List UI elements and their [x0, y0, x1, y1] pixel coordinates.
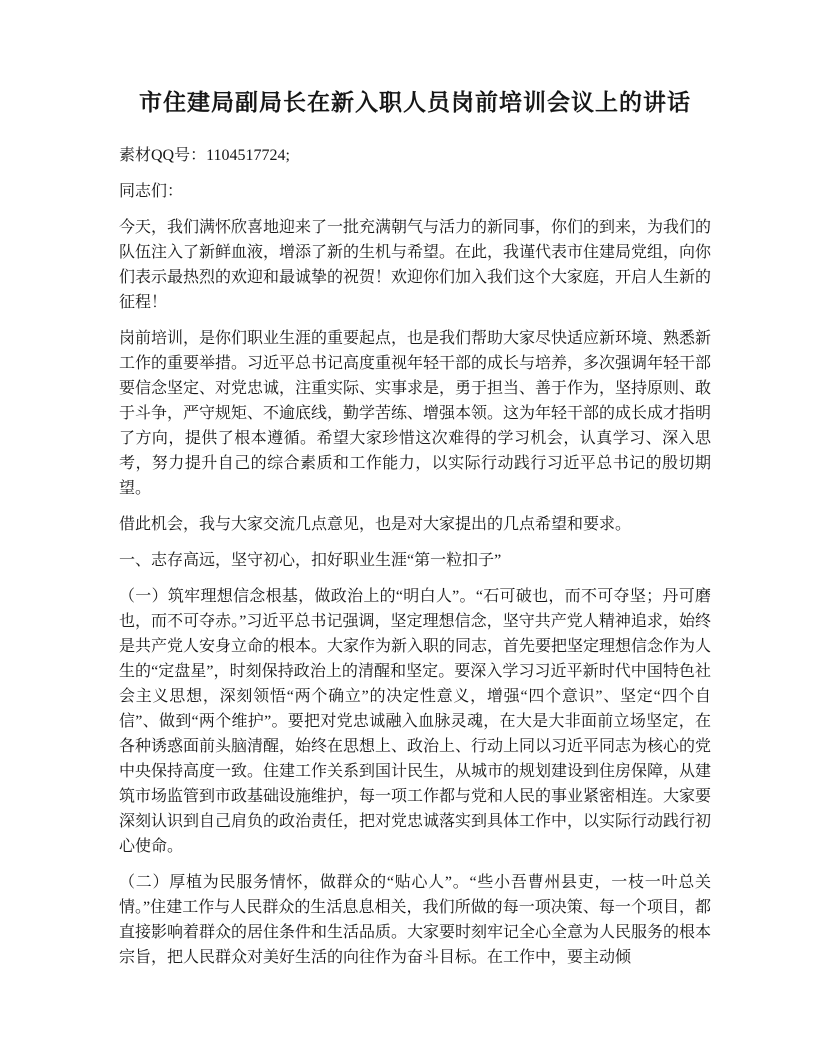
source-qq-line: 素材QQ号：1104517724; — [119, 143, 711, 168]
paragraph-opinions-intro: 借此机会，我与大家交流几点意见，也是对大家提出的几点希望和要求。 — [119, 512, 711, 537]
section-heading-1: 一、志存高远，坚守初心，扣好职业生涯“第一粒扣子” — [119, 548, 711, 573]
paragraph-training-importance: 岗前培训，是你们职业生涯的重要起点，也是我们帮助大家尽快适应新环境、熟悉新工作的… — [119, 326, 711, 501]
document-page: 市住建局副局长在新入职人员岗前培训会议上的讲话 素材QQ号：1104517724… — [0, 0, 816, 1056]
paragraph-welcome: 今天，我们满怀欣喜地迎来了一批充满朝气与活力的新同事，你们的到来，为我们的队伍注… — [119, 215, 711, 315]
paragraph-ideals-beliefs: （一）筑牢理想信念根基，做政治上的“明白人”。“石可破也，而不可夺坚；丹可磨也，… — [119, 584, 711, 859]
paragraph-serve-people: （二）厚植为民服务情怀，做群众的“贴心人”。“些小吾曹州县吏，一枝一叶总关情。”… — [119, 870, 711, 970]
salutation-line: 同志们： — [119, 179, 711, 204]
document-title: 市住建局副局长在新入职人员岗前培训会议上的讲话 — [119, 88, 711, 118]
